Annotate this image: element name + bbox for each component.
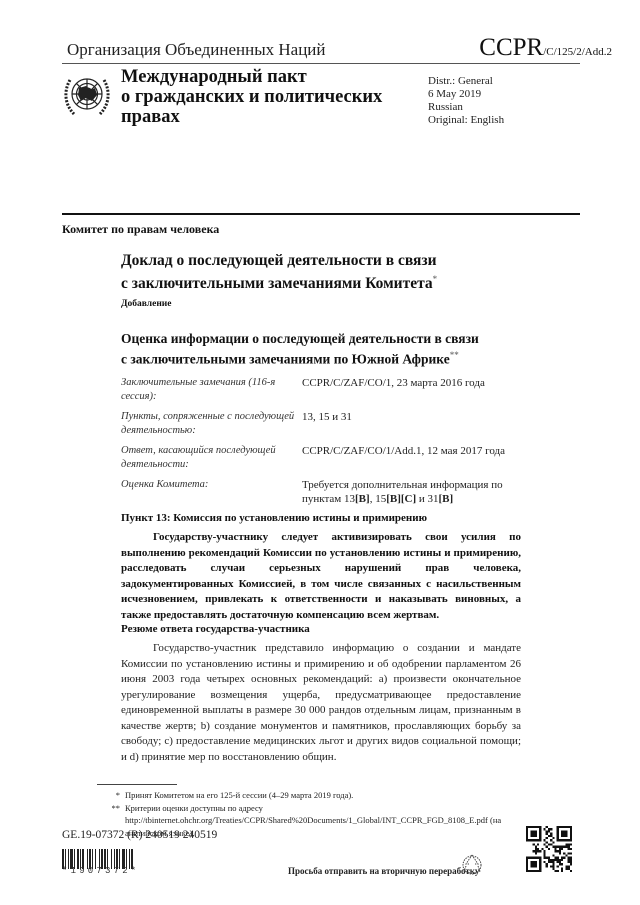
report-title-line: Доклад о последующей деятельности в связ…	[121, 251, 437, 270]
info-label: Оценка Комитета:	[121, 478, 302, 506]
treaty-title-line: о гражданских и политических	[121, 87, 382, 107]
recommendation-paragraph: Государству-участнику следует активизиро…	[121, 530, 521, 623]
recycle-text: Просьба отправить на вторичную переработ…	[288, 866, 479, 876]
report-title: Доклад о последующей деятельности в связ…	[121, 251, 437, 293]
report-title-line: с заключительными замечаниями Комитета	[121, 275, 433, 292]
info-row: Оценка Комитета: Требуется дополнительна…	[121, 478, 521, 506]
item-13-heading: Пункт 13: Комиссия по установлению истин…	[121, 512, 427, 524]
assessment-title-line: с заключительными замечаниями по Южной А…	[121, 352, 450, 367]
job-number: GE.19-07372 (R) 240519 240519	[62, 829, 217, 841]
info-table: Заключительные замечания (116-я сессия):…	[121, 376, 521, 513]
qr-code-icon	[526, 826, 572, 872]
un-emblem-icon	[62, 68, 112, 120]
summary-heading: Резюме ответа государства-участника	[121, 623, 310, 635]
language-line: Russian	[428, 101, 504, 114]
symbol-suffix: /C/125/2/Add.2	[543, 46, 612, 58]
info-row: Пункты, сопряженные с последующей деятел…	[121, 410, 521, 437]
summary-paragraph: Государство-участник представило информа…	[121, 641, 521, 765]
committee-name: Комитет по правам человека	[62, 222, 219, 237]
date-line: 6 May 2019	[428, 88, 504, 101]
assessment-grade: [B][C]	[386, 493, 416, 505]
section-rule	[62, 213, 580, 215]
recycle-icon	[461, 853, 483, 875]
assessment-grade: [B]	[355, 493, 370, 505]
header-rule	[62, 63, 580, 64]
info-row: Ответ, касающийся последующей деятельнос…	[121, 444, 521, 471]
info-value: CCPR/C/ZAF/CO/1, 23 марта 2016 года	[302, 376, 520, 403]
info-value: 13, 15 и 31	[302, 410, 520, 437]
footnote-ref[interactable]: **	[450, 350, 459, 360]
assessment-title: Оценка информации о последующей деятельн…	[121, 330, 479, 368]
info-label: Заключительные замечания (116-я сессия):	[121, 376, 302, 403]
info-value: CCPR/C/ZAF/CO/1/Add.1, 12 мая 2017 года	[302, 444, 520, 471]
treaty-title-line: Международный пакт	[121, 67, 382, 87]
organization-name: Организация Объединенных Наций	[67, 40, 326, 60]
distribution-line: Distr.: General	[428, 75, 504, 88]
distribution-info: Distr.: General 6 May 2019 Russian Origi…	[428, 75, 504, 127]
assessment-title-line: Оценка информации о последующей деятельн…	[121, 330, 479, 347]
footnote-ref[interactable]: *	[433, 274, 438, 284]
info-label: Пункты, сопряженные с последующей деятел…	[121, 410, 302, 437]
symbol-main: CCPR	[479, 34, 543, 61]
committee-assessment-value: Требуется дополнительная информация по п…	[302, 478, 520, 506]
info-label: Ответ, касающийся последующей деятельнос…	[121, 444, 302, 471]
info-row: Заключительные замечания (116-я сессия):…	[121, 376, 521, 403]
document-symbol: CCPR/C/125/2/Add.2	[479, 34, 612, 62]
addendum-label: Добавление	[121, 299, 172, 309]
treaty-title: Международный пакт о гражданских и полит…	[121, 67, 382, 127]
original-language-line: Original: English	[428, 114, 504, 127]
footnote: * Принят Комитетом на его 125-й сессии (…	[104, 789, 534, 802]
barcode-digits: *1907372*	[62, 866, 139, 876]
footnote-mark: *	[104, 789, 125, 802]
footnote-separator	[97, 784, 177, 785]
footnote-text: Принят Комитетом на его 125-й сессии (4–…	[125, 789, 534, 802]
treaty-title-line: правах	[121, 107, 382, 127]
assessment-grade: [B]	[439, 493, 454, 505]
